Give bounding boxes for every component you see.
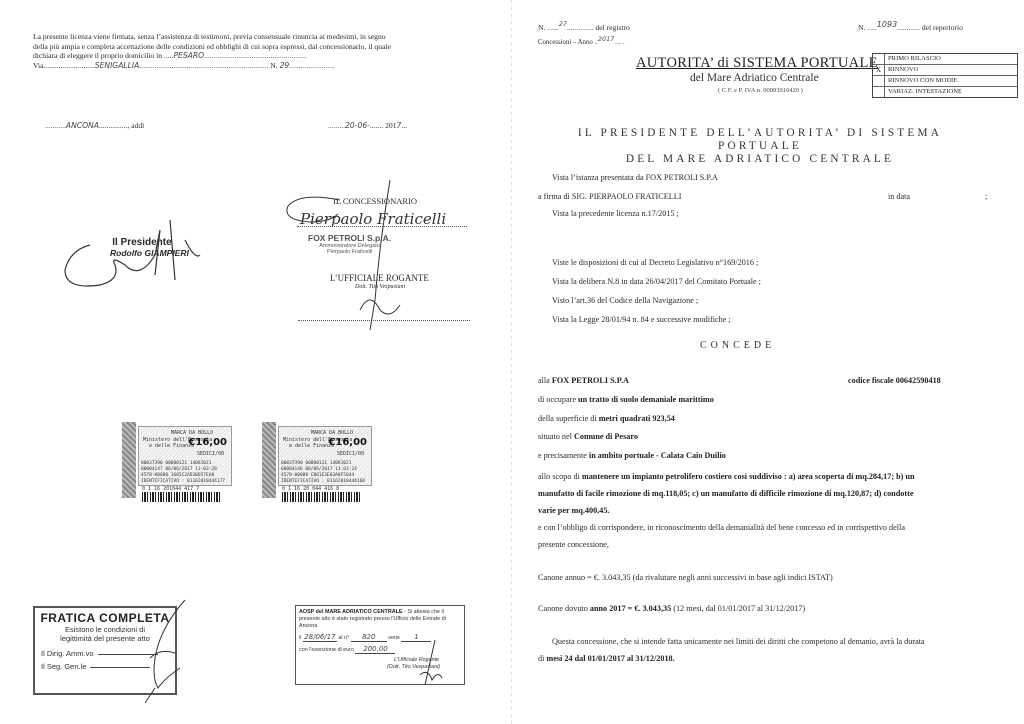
grant-company: alla FOX PETROLI S.P.A <box>538 375 629 386</box>
pratica-signature <box>130 598 190 708</box>
president-heading: IL PRESIDENTE DELL’AUTORITA’ DI SISTEMA … <box>540 127 980 166</box>
house-number: 29 <box>280 61 290 70</box>
concessionario-signature-loop <box>280 192 350 232</box>
status-option-variaz-intestazione: VARIAZ. INTESTAZIONE <box>873 87 1017 97</box>
barcode <box>282 492 362 502</box>
recital-firma: a firma di SIG. PIERPAOLO FRATICELLI <box>538 191 681 202</box>
recital-semicolon: ; <box>985 191 987 202</box>
authority-title: AUTORITA’ di SISTEMA PORTUALE <box>636 55 878 72</box>
status-checkbox <box>873 54 885 64</box>
aosp-signature <box>410 640 450 690</box>
obligation-text: e con l’obbligo di corrispondere, in ric… <box>538 519 998 553</box>
recital-codice: Visto l’art.36 del Codice della Navigazi… <box>552 295 698 306</box>
status-option-rinnovo-con-modif: RINNOVO CON MODIF. <box>873 76 1017 87</box>
status-checkbox <box>873 76 885 86</box>
registration-number: 820 <box>351 634 387 642</box>
duration-text: Questa concessione, che si intende fatta… <box>538 633 1008 667</box>
grant-surface: della superficie di metri quadrati 923,5… <box>538 413 675 424</box>
grant-location: situato nel Comune di Pesaro <box>538 431 638 442</box>
declaration-line-3: dichiara di eleggere il proprio domicili… <box>33 51 503 61</box>
repertorio-number: N. .....1093............ del repertorio <box>858 20 963 33</box>
declaration-via-line: Via...........................SENIGALLIA… <box>33 61 503 71</box>
declaration-line-2: della più ampia e completa accettazione … <box>33 42 503 52</box>
status-option-primo-rilascio: PRIMO RILASCIO <box>873 54 1017 65</box>
date-line: .........20-06-....... 2017... <box>328 121 407 131</box>
canone-annuo: Canone annuo = €. 3.043,35 (da rivalutar… <box>538 572 833 583</box>
date-value: 20-06- <box>345 121 370 130</box>
revenue-stamp-1: MARCA DA BOLLO Ministero dell'Economia e… <box>122 422 232 502</box>
canone-dovuto: Canone dovuto anno 2017 = €. 3.043,35 (1… <box>538 603 805 614</box>
concede-heading: CONCEDE <box>700 340 775 351</box>
registration-date: 28/06/17 <box>303 634 337 642</box>
place-line: ...........ANCONA..............., addì <box>45 121 144 131</box>
grant-purpose: allo scopo di mantenere un impianto petr… <box>538 468 988 519</box>
authority-cf: ( C.F. e P. IVA n. 00093910420 ) <box>718 87 803 94</box>
page-divider <box>511 0 512 724</box>
status-checkbox <box>873 87 885 97</box>
registro-number: N. ......27.............. del registro <box>538 20 630 33</box>
barcode <box>142 492 222 502</box>
status-option-rinnovo: X RINNOVO <box>873 65 1017 76</box>
status-checkbox: X <box>873 65 885 75</box>
recital-decreto: Viste le disposizioni di cui al Decreto … <box>552 257 758 268</box>
declaration-line-1: La presente licenza viene firmata, senza… <box>33 32 503 42</box>
authority-subtitle: del Mare Adriatico Centrale <box>690 72 819 84</box>
ufficiale-signature <box>350 180 410 330</box>
concessioni-anno: Concessioni – Anno ..2017.... . <box>538 35 625 48</box>
place-value: ANCONA <box>66 121 99 130</box>
grant-codice-fiscale: codice fiscale 00642590418 <box>848 375 941 386</box>
declaration-block: La presente licenza viene firmata, senza… <box>33 32 503 70</box>
stamp-price: €16,00 <box>328 437 367 448</box>
recital-licenza: Vista la precedente licenza n.17/2015 ; <box>552 208 679 219</box>
recital-delibera: Vista la delibera N.8 in data 26/04/2017… <box>552 276 761 287</box>
president-signature <box>60 210 200 290</box>
stamp-price: €16,00 <box>188 437 227 448</box>
exemption-amount: 200,00 <box>355 646 395 654</box>
grant-occupy: di occupare un tratto di suolo demaniale… <box>538 394 714 405</box>
recital-in-data: in data <box>888 191 910 202</box>
recital-legge: Vista la Legge 28/01/94 n. 84 e successi… <box>552 314 731 325</box>
license-type-box: PRIMO RILASCIO X RINNOVO RINNOVO CON MOD… <box>872 53 1018 98</box>
revenue-stamp-2: MARCA DA BOLLO Ministero dell'Economia e… <box>262 422 372 502</box>
grant-precise-location: e precisamente in ambito portuale - Cala… <box>538 450 726 461</box>
recital-istanza: Vista l’istanza presentata da FOX PETROL… <box>552 172 718 183</box>
via-value: SENIGALLIA <box>95 61 140 70</box>
domicile-city: PESARO <box>173 51 204 60</box>
